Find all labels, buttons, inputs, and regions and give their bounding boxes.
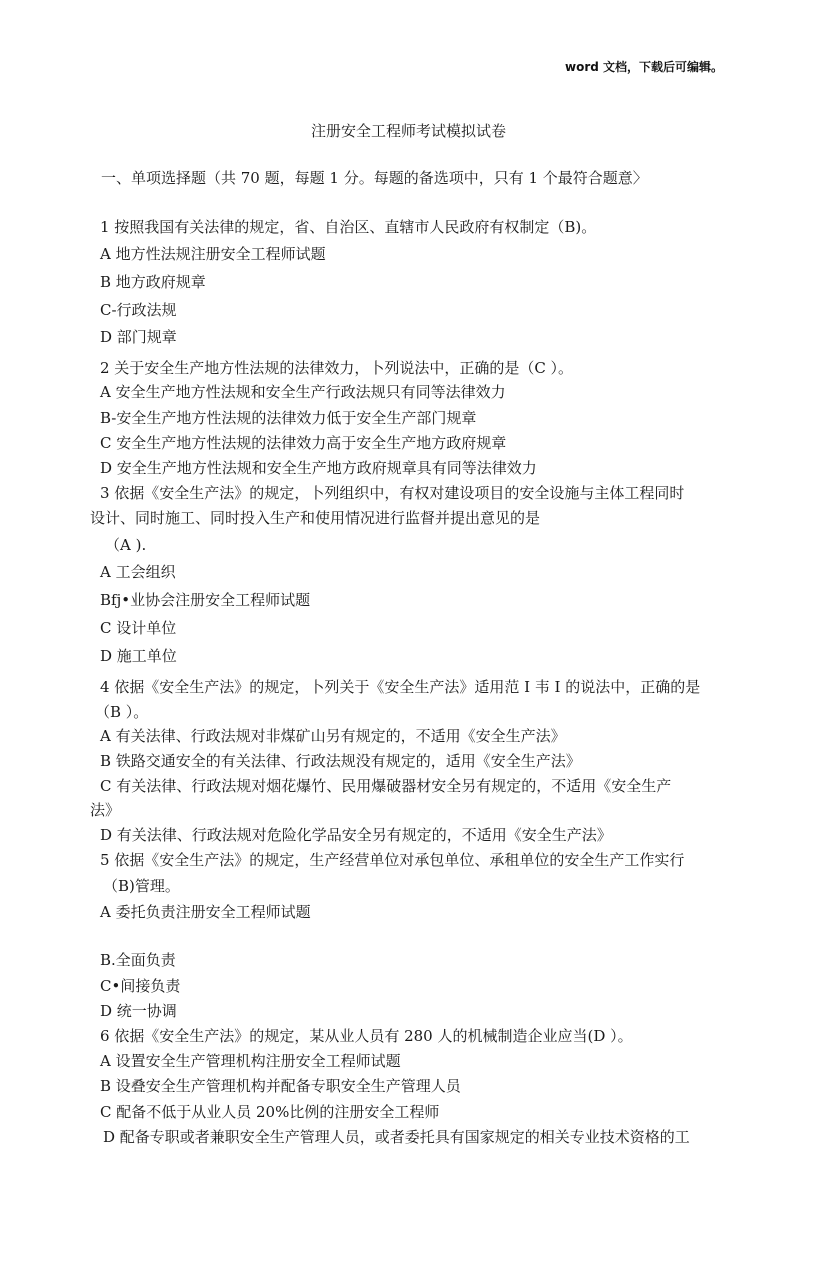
option-text: B 地方政府规章 [100,272,206,292]
option-text: A 委托负责注册安全工程师试题 [100,902,311,922]
option-text: D 配备专职或者兼职安全生产管理人员，或者委托具有国家规定的相关专业技术资格的工 [103,1127,690,1147]
option-text: C-行政法规 [100,300,177,320]
option-text: B 设叠安全生产管理机构并配备专职安全生产管理人员 [100,1076,461,1096]
option-text: D 施工单位 [100,646,177,666]
question-text: 4 依据《安全生产法》的规定，卜列关于《安全生产法》适用范 I 韦 I 的说法中… [100,677,700,697]
option-text: D 安全生产地方性法规和安全生产地方政府规章具有同等法律效力 [100,458,537,478]
option-text: B 铁路交通安全的有关法律、行政法规没有规定的，适用《安全生产法》 [100,751,581,771]
option-text: D 有关法律、行政法规对危险化学品安全另有规定的，不适用《安全生产法》 [100,825,612,845]
option-text: C 设计单位 [100,618,176,638]
option-text: D 统一协调 [100,1001,177,1021]
question-continuation: （A ). [105,535,146,555]
option-text: C 配备不低于从业人员 20%比例的注册安全工程师 [100,1102,439,1122]
option-text: B.全面负责 [100,950,176,970]
option-text: A 安全生产地方性法规和安全生产行政法规只有同等法律效力 [100,382,506,402]
question-continuation: （B ）。 [95,702,148,722]
question-text: 2 关于安全生产地方性法规的法律效力，卜列说法中，正确的是（C ）。 [100,358,573,378]
option-text: C 有关法律、行政法规对烟花爆竹、民用爆破器材安全另有规定的，不适用《安全生产 [100,776,671,796]
option-text: C•间接负责 [100,976,180,996]
option-text: A 工会组织 [100,562,176,582]
question-text: 1 按照我国有关法律的规定，省、自治区、直辖市人民政府有权制定（B)。 [100,217,596,237]
question-continuation: （B)管理。 [103,876,180,896]
option-text: D 部门规章 [100,327,177,347]
option-text: B-安全生产地方性法规的法律效力低于安全生产部门规章 [100,408,476,428]
question-text: 5 依据《安全生产法》的规定，生产经营单位对承包单位、承租单位的安全生产工作实行 [100,850,684,870]
option-text: A 设置安全生产管理机构注册安全工程师试题 [100,1051,401,1071]
download-note: word 文档，下载后可编辑。 [565,58,723,75]
option-text: C 安全生产地方性法规的法律效力高于安全生产地方政府规章 [100,433,506,453]
option-text: A 有关法律、行政法规对非煤矿山另有规定的，不适用《安全生产法》 [100,726,566,746]
option-text: Bfj•业协会注册安全工程师试题 [100,590,310,610]
question-text: 6 依据《安全生产法》的规定，某从业人员有 280 人的机械制造企业应当(D ）… [100,1026,633,1046]
section-heading: 一、单项选择题（共 70 题，每题 1 分。每题的备选项中，只有 1 个最符合题… [101,168,648,188]
page-title: 注册安全工程师考试模拟试卷 [311,121,506,141]
option-text: A 地方性法规注册安全工程师试题 [100,244,326,264]
question-continuation: 法》 [90,800,120,820]
question-text: 3 依据《安全生产法》的规定，卜列组织中，有权对建设项目的安全设施与主体工程同时 [100,483,684,503]
question-continuation: 设计、同时施工、同时投入生产和使用情况进行监督并提出意见的是 [90,508,540,528]
